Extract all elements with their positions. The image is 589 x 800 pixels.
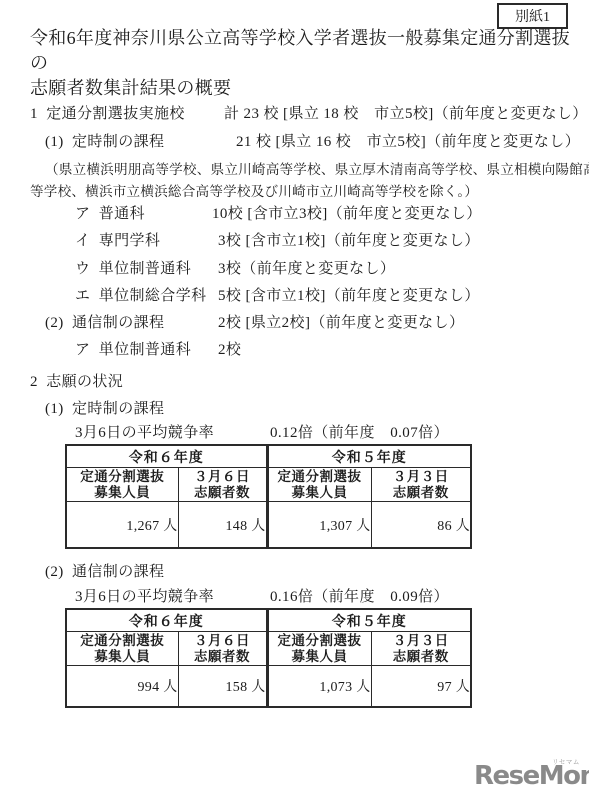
table-colheader-row: 定通分割選抜 募集人員 ３月６日 志願者数 定通分割選抜 募集人員 ３月３日 志… [66,632,471,666]
recruit-count-r6: 1,267 人 [66,502,178,549]
table-value-row: 994 人 158 人 1,073 人 97 人 [66,666,471,708]
col-header-applicants-r6: ３月６日 志願者数 [178,632,267,666]
item-senmon-label: イ 専門学科 [75,231,160,251]
recruit-count-r5: 1,307 人 [267,502,371,549]
year-header-r6: 令和６年度 [66,445,267,468]
table-value-row: 1,267 人 148 人 1,307 人 86 人 [66,502,471,549]
applicants-table-parttime: 令和６年度 令和５年度 定通分割選抜 募集人員 ３月６日 志願者数 定通分割選抜… [65,444,472,549]
item-futsuka-value: 10校 [含市立3校]（前年度と変更なし） [212,204,482,224]
page-title-line1: 令和6年度神奈川県公立高等学校入学者選抜一般募集定通分割選抜の [30,26,575,76]
excluded-schools-note-line1: （県立横浜明朋高等学校、県立川崎高等学校、県立厚木清南高等学校、県立相模向陽館高 [45,159,589,181]
item-tanisei-futsu-label: ウ 単位制普通科 [75,259,191,279]
year-header-r5: 令和５年度 [267,609,471,632]
rate1-label: 3月6日の平均競争率 [75,423,214,443]
section2-sub1: (1) 定時制の課程 [45,399,164,419]
section1-sub1: (1) 定時制の課程 [45,132,164,152]
page-title-line2: 志願者数集計結果の概要 [30,76,575,101]
applicant-count-r6: 148 人 [178,502,267,549]
applicant-count-r6: 158 人 [178,666,267,708]
page-title: 令和6年度神奈川県公立高等学校入学者選抜一般募集定通分割選抜の 志願者数集計結果… [30,26,575,101]
table-colheader-row: 定通分割選抜 募集人員 ３月６日 志願者数 定通分割選抜 募集人員 ３月３日 志… [66,468,471,502]
item-tanisei-sogo-value: 5校 [含市立1校]（前年度と変更なし） [218,286,480,306]
col-header-recruit-r5: 定通分割選抜 募集人員 [267,468,371,502]
table-year-row: 令和６年度 令和５年度 [66,609,471,632]
recruit-count-r5: 1,073 人 [267,666,371,708]
rate2-value: 0.16倍（前年度 0.09倍） [270,587,449,607]
item-futsuka-label: ア 普通科 [75,204,145,224]
col-header-recruit-r6: 定通分割選抜 募集人員 [66,632,178,666]
col-header-applicants-r5: ３月３日 志願者数 [371,632,471,666]
item-tsushin-tanisei-value: 2校 [218,340,241,360]
recruit-count-r6: 994 人 [66,666,178,708]
excluded-schools-note-line2: 等学校、横浜市立横浜総合高等学校及び川崎市立川崎高等学校を除く。） [30,181,478,203]
year-header-r6: 令和６年度 [66,609,267,632]
section2-sub2: (2) 通信制の課程 [45,562,164,582]
section1-sub1-value: 21 校 [県立 16 校 市立5校]（前年度と変更なし） [236,132,580,152]
applicant-count-r5: 86 人 [371,502,471,549]
rate1-value: 0.12倍（前年度 0.07倍） [270,423,449,443]
item-senmon-value: 3校 [含市立1校]（前年度と変更なし） [218,231,480,251]
col-header-recruit-r5: 定通分割選抜 募集人員 [267,632,371,666]
col-header-recruit-r6: 定通分割選抜 募集人員 [66,468,178,502]
table-year-row: 令和６年度 令和５年度 [66,445,471,468]
applicants-table-correspondence: 令和６年度 令和５年度 定通分割選抜 募集人員 ３月６日 志願者数 定通分割選抜… [65,608,472,708]
rate2-label: 3月6日の平均競争率 [75,587,214,607]
section1-heading-value: 計 23 校 [県立 18 校 市立5校]（前年度と変更なし） [224,104,588,124]
section1-heading: 1 定通分割選抜実施校 [30,104,185,124]
resemom-logo: リセマム ReseMom. [474,757,586,795]
applicant-count-r5: 97 人 [371,666,471,708]
col-header-applicants-r5: ３月３日 志願者数 [371,468,471,502]
attachment-tag-label: 別紙1 [515,6,550,26]
item-tsushin-tanisei-label: ア 単位制普通科 [75,340,191,360]
resemom-logo-text: ReseMom. [474,762,589,790]
item-tanisei-futsu-value: 3校（前年度と変更なし） [218,259,395,279]
section1-sub2-value: 2校 [県立2校]（前年度と変更なし） [218,313,464,333]
section1-sub2: (2) 通信制の課程 [45,313,164,333]
item-tanisei-sogo-label: エ 単位制総合学科 [75,286,207,306]
year-header-r5: 令和５年度 [267,445,471,468]
col-header-applicants-r6: ３月６日 志願者数 [178,468,267,502]
section2-heading: 2 志願の状況 [30,372,123,392]
